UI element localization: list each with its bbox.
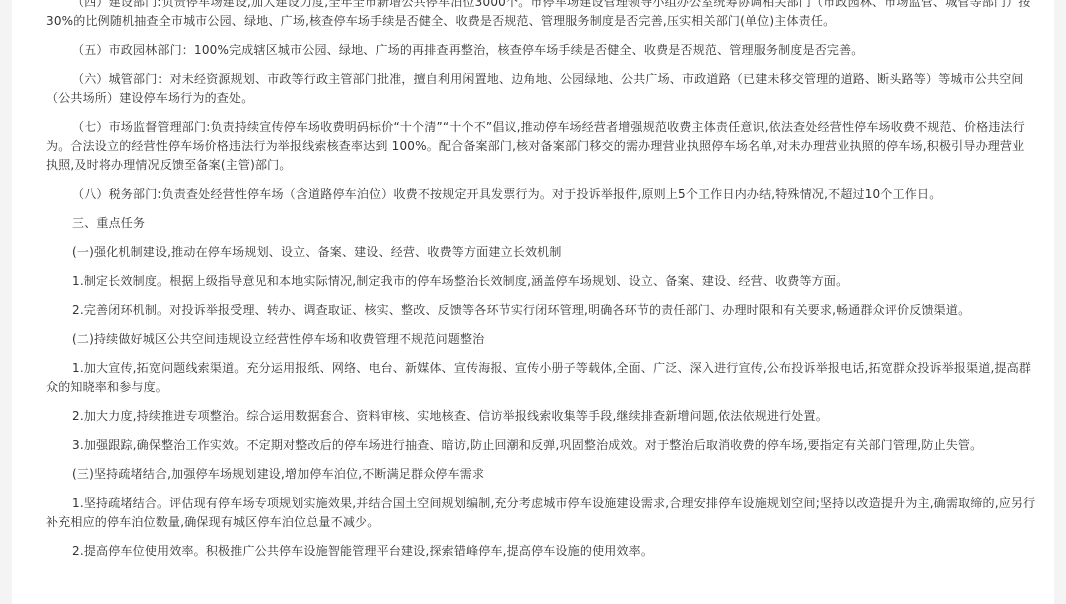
paragraph-closed-loop: 2.完善闭环机制。对投诉举报受理、转办、调查取证、核实、整改、反馈等各环节实行闭… — [46, 301, 1036, 320]
paragraph-tax-dept: （八）税务部门:负责查处经营性停车场（含道路停车泊位）收费不按规定开具发票行为。… — [46, 185, 1036, 204]
paragraph-long-term-system: 1.制定长效制度。根据上级指导意见和本地实际情况,制定我市的停车场整治长效制度,… — [46, 272, 1036, 291]
subsection-heading-mechanism: (一)强化机制建设,推动在停车场规划、设立、备案、建设、经营、收费等方面建立长效… — [46, 243, 1036, 262]
paragraph-publicity: 1.加大宣传,拓宽问题线索渠道。充分运用报纸、网络、电台、新媒体、宣传海报、宣传… — [46, 359, 1036, 397]
paragraph-construction-dept: （四）建设部门:负责停车场建设,加大建设力度,全年全市新增公共停车泊位3000个… — [46, 0, 1036, 31]
document-page: （四）建设部门:负责停车场建设,加大建设力度,全年全市新增公共停车泊位3000个… — [12, 0, 1054, 604]
paragraph-tracking: 3.加强跟踪,确保整治工作实效。不定期对整改后的停车场进行抽查、暗访,防止回潮和… — [46, 436, 1036, 455]
paragraph-efficiency: 2.提高停车位使用效率。积极推广公共停车设施智能管理平台建设,探索错峰停车,提高… — [46, 542, 1036, 561]
paragraph-urban-management-dept: （六）城管部门：对未经资源规划、市政等行政主管部门批准，擅自利用闲置地、边角地、… — [46, 70, 1036, 108]
paragraph-market-supervision-dept: （七）市场监督管理部门:负责持续宣传停车场收费明码标价“十个清”“十个不”倡议,… — [46, 118, 1036, 175]
paragraph-combine-guidance: 1.坚持疏堵结合。评估现有停车场专项规划实施效果,并结合国土空间规划编制,充分考… — [46, 494, 1036, 532]
paragraph-gardens-dept: （五）市政园林部门：100%完成辖区城市公园、绿地、广场的再排查再整治，核查停车… — [46, 41, 1036, 60]
subsection-heading-rectification: (二)持续做好城区公共空间违规设立经营性停车场和收费管理不规范问题整治 — [46, 330, 1036, 349]
section-heading-key-tasks: 三、重点任务 — [46, 214, 1036, 233]
subsection-heading-planning: (三)坚持疏堵结合,加强停车场规划建设,增加停车泊位,不断满足群众停车需求 — [46, 465, 1036, 484]
document-body: （四）建设部门:负责停车场建设,加大建设力度,全年全市新增公共停车泊位3000个… — [46, 0, 1036, 571]
paragraph-intensity: 2.加大力度,持续推进专项整治。综合运用数据套合、资料审核、实地核查、信访举报线… — [46, 407, 1036, 426]
